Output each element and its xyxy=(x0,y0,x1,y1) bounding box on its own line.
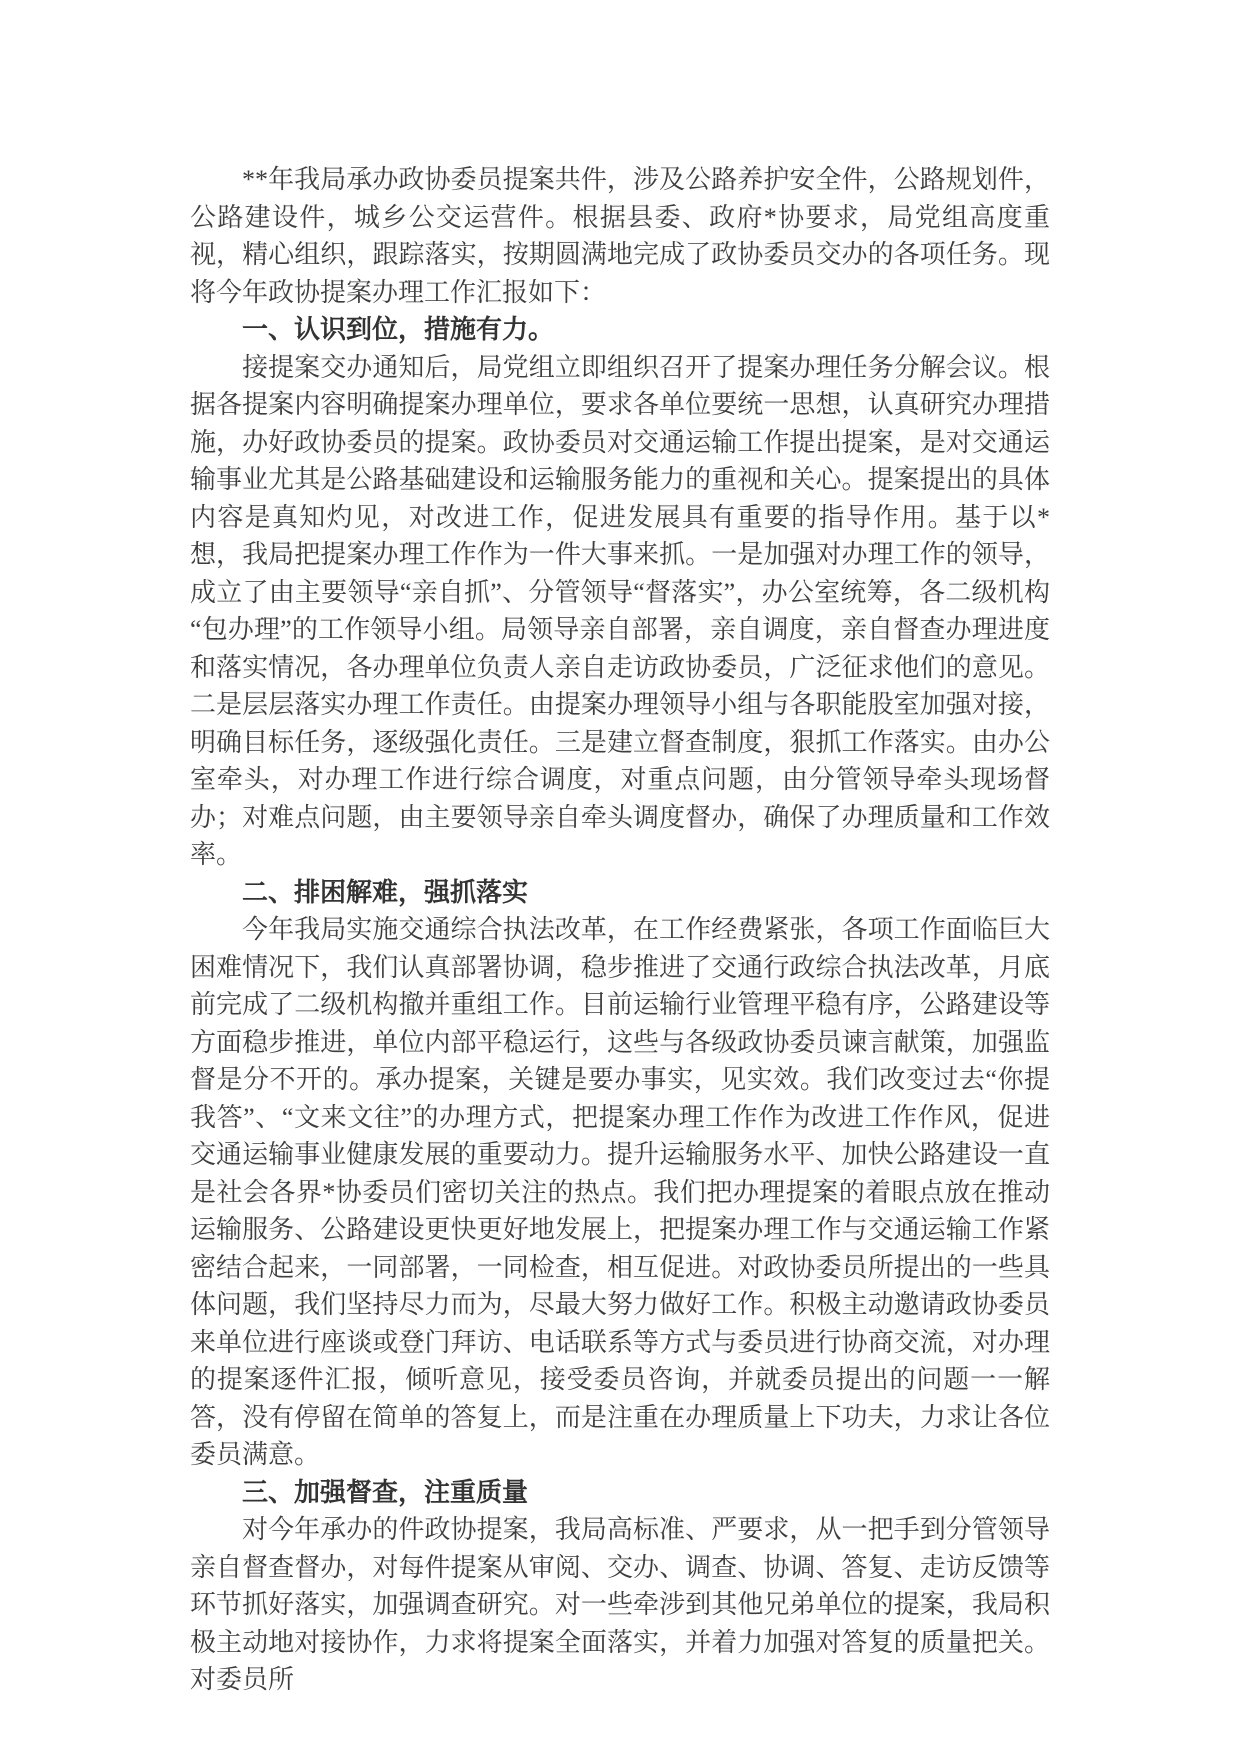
section-1-heading: 一、认识到位，措施有力。 xyxy=(190,311,1050,349)
section-3-heading: 三、加强督查，注重质量 xyxy=(190,1474,1050,1512)
document-page: **年我局承办政协委员提案共件，涉及公路养护安全件，公路规划件，公路建设件，城乡… xyxy=(190,161,1050,1699)
section-3-paragraph: 对今年承办的件政协提案，我局高标准、严要求，从一把手到分管领导亲自督查督办，对每… xyxy=(190,1511,1050,1699)
section-1-paragraph: 接提案交办通知后，局党组立即组织召开了提案办理任务分解会议。根据各提案内容明确提… xyxy=(190,349,1050,874)
section-2-heading: 二、排困解难，强抓落实 xyxy=(190,874,1050,912)
section-2-paragraph: 今年我局实施交通综合执法改革，在工作经费紧张，各项工作面临巨大困难情况下，我们认… xyxy=(190,911,1050,1474)
intro-paragraph: **年我局承办政协委员提案共件，涉及公路养护安全件，公路规划件，公路建设件，城乡… xyxy=(190,161,1050,311)
